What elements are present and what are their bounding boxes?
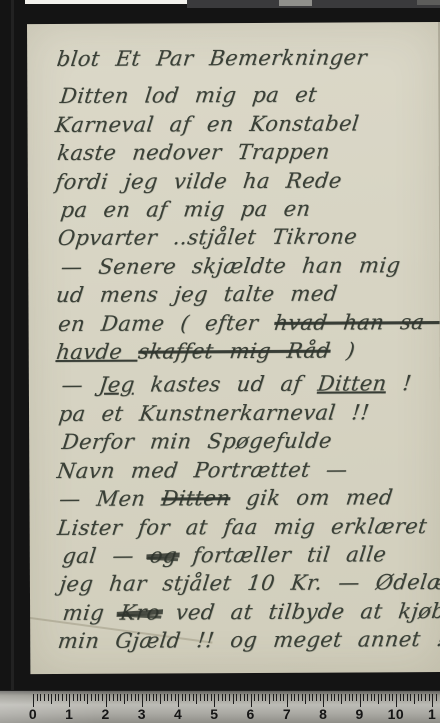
measuring-ruler: 0123456789101 [0,690,440,723]
ruler-tick [400,694,401,701]
ruler-tick [262,694,263,701]
ruler-number: 1 [65,706,73,722]
ruler-tick [363,694,364,701]
manuscript-line: Navn med Portrættet — [55,455,435,485]
handwriting-text: blot Et Par BemerkningerDitten lod mig p… [27,22,440,656]
ruler-number: 4 [174,706,182,722]
ruler-number: 0 [29,706,37,722]
handwriting-segment: Kro [119,598,162,627]
ruler-tick [436,694,437,701]
manuscript-line: pa en af mig pa en [59,194,434,224]
background-object-edge-right [417,0,440,5]
ruler-tick [371,694,372,701]
manuscript-line: fordi jeg vilde ha Rede [54,166,434,196]
ruler-tick [269,694,270,704]
ruler-number: 8 [319,706,327,722]
photograph: blot Et Par BemerkningerDitten lod mig p… [0,0,440,723]
ruler-tick [283,694,284,701]
ruler-tick [175,694,176,701]
ruler-tick [120,694,121,701]
handwriting-segment: hvad han sa at [273,310,440,335]
ruler-tick [305,694,306,704]
ruler-tick [84,694,85,701]
ruler-number: 6 [247,706,255,722]
manuscript-line: gal — og fortæller til alle [61,540,436,570]
ruler-tick [280,694,281,701]
handwriting-segment: Ditten [316,372,388,396]
ruler-tick [298,694,299,701]
handwriting-segment: og [148,541,178,570]
ruler-tick [185,694,186,701]
handwriting-segment: Karneval af en Konstabel [54,111,361,137]
handwriting-segment: gik om med [229,485,394,510]
ruler-tick [338,694,339,701]
handwriting-segment: — [60,373,100,397]
manuscript-line: ud mens jeg talte med [55,279,435,309]
ruler-tick [131,694,132,701]
ruler-tick [204,694,205,701]
ruler-tick [331,694,332,701]
manuscript-line: — Senere skjældte han mig [59,251,434,281]
manuscript-line: Karneval af en Konstabel [54,109,434,139]
ruler-tick [113,694,114,701]
ruler-tick [265,694,266,701]
ruler-tick [425,694,426,701]
handwriting-segment: pa en af mig pa en [59,197,312,222]
handwriting-segment: pa et Kunstnerkarneval !! [57,400,370,426]
ruler-tick [381,694,382,701]
handwriting-segment: Opvarter ‥stjålet Tikrone [56,225,358,251]
manuscript-line: mig Kro ved at tilbyde at kjøbe [61,597,436,627]
ruler-tick [320,694,321,701]
background-object-edge [187,0,440,8]
handwriting-segment: blot Et Par Bemerkninger [56,45,369,71]
ruler-tick [102,694,103,701]
manuscript-line: — Men Ditten gik om med [58,483,436,513]
ruler-tick [291,694,292,701]
ruler-tick [80,694,81,701]
ruler-tick [349,694,350,701]
ruler-tick [48,694,49,701]
ruler-tick [312,694,313,701]
ruler-tick [389,694,390,701]
manuscript-page: blot Et Par BemerkningerDitten lod mig p… [27,22,440,674]
handwriting-segment: gal — [61,543,151,567]
ruler-tick [171,694,172,701]
handwriting-segment: Jeg [98,373,136,397]
ruler-tick [55,694,56,701]
manuscript-line: — Jeg kastes ud af Ditten ! [60,369,435,399]
ruler-tick [294,694,295,701]
handwriting-segment: ) [329,339,356,363]
ruler-tick [66,694,67,701]
ruler-number: 9 [355,706,363,722]
ruler-tick [127,694,128,701]
ruler-tick [146,694,147,701]
ruler-tick [40,694,41,701]
background-object-highlight [279,0,312,6]
ruler-tick [276,694,277,701]
handwriting-segment: ud mens jeg talte med [55,282,339,307]
handwriting-segment: havde [55,340,140,364]
ruler-tick [229,694,230,701]
handwriting-segment: Navn med Portrættet — [56,457,349,483]
ruler-tick [345,694,346,701]
ruler-tick [135,694,136,701]
ruler-tick [77,694,78,701]
ruler-number: 5 [210,706,218,722]
handwriting-segment: kaste nedover Trappen [56,140,331,165]
handwriting-segment: ved at tilbyde at kjøbe [158,599,440,625]
ruler-tick [236,694,237,701]
handwriting-segment: min Gjæld !! og meget annet ! [57,627,440,653]
ruler-tick [316,694,317,701]
ruler-tick [233,694,234,704]
ruler-tick [73,694,74,701]
ruler-tick [196,694,197,704]
ruler-tick [414,694,415,704]
manuscript-line: Ditten lod mig pa et [58,80,433,110]
ruler-tick [410,694,411,701]
manuscript-line: kaste nedover Trappen [56,137,434,167]
handwriting-segment: mig [61,600,121,624]
ruler-tick [193,694,194,701]
ruler-number: 1 [428,706,436,722]
ruler-tick [95,694,96,701]
ruler-number: 10 [388,706,405,722]
ruler-tick [117,694,118,701]
ruler-tick [421,694,422,701]
handwriting-segment: ! [385,372,413,396]
ruler-tick [207,694,208,701]
ruler-tick [352,694,353,701]
ruler-tick [160,694,161,704]
ruler-tick [240,694,241,701]
ruler-tick [258,694,259,701]
ruler-tick [309,694,310,701]
ruler-tick [392,694,393,701]
ruler-tick [87,694,88,704]
ruler-tick [200,694,201,701]
manuscript-line: havde skaffet mig Råd ) [55,336,435,366]
manuscript-line: Lister for at faa mig erklæret [56,512,436,542]
handwriting-segment: Lister for at faa mig erklæret [56,514,428,540]
ruler-tick [247,694,248,701]
handwriting-segment: skaffet mig Råd [137,339,332,364]
ruler-tick [164,694,165,701]
handwriting-segment: Ditten lod mig pa et [59,83,319,108]
ruler-tick [182,694,183,701]
ruler-tick [44,694,45,701]
ruler-tick [222,694,223,701]
ruler-tick [37,694,38,701]
ruler-tick [356,694,357,701]
handwriting-segment: jeg har stjålet 10 Kr. — Ødelægger [58,570,440,596]
ruler-tick [91,694,92,701]
ruler-tick [138,694,139,701]
ruler-tick [254,694,255,701]
ruler-tick [327,694,328,701]
ruler-tick [51,694,52,704]
ruler-tick [167,694,168,701]
ruler-tick [334,694,335,701]
ruler-tick [403,694,404,701]
handwriting-segment: — Senere skjældte han mig [60,253,402,279]
ruler-tick [62,694,63,701]
ruler-tick [367,694,368,701]
ruler-tick [109,694,110,701]
ruler-tick [124,694,125,704]
ruler-tick [225,694,226,701]
handwriting-segment: — Men [58,487,163,512]
ruler-tick [153,694,154,701]
handwriting-segment: kastes ud af [133,372,319,397]
ruler-tick [244,694,245,701]
ruler-tick [378,694,379,704]
handwriting-segment: en Dame ( efter [57,311,276,336]
handwriting-segment: fordi jeg vilde ha Rede [54,168,343,194]
ruler-tick [302,694,303,701]
ruler-tick [211,694,212,701]
manuscript-line: min Gjæld !! og meget annet ! [56,625,436,655]
ruler-tick [407,694,408,701]
ruler-number: 7 [283,706,291,722]
handwriting-segment: Derfor min Spøgefulde [61,429,334,454]
manuscript-line: blot Et Par Bemerkninger [55,43,433,73]
ruler-tick [418,694,419,701]
ruler-number: 2 [101,706,109,722]
ruler-tick [273,694,274,701]
ruler-tick [374,694,375,701]
ruler-tick [189,694,190,701]
ruler-tick [385,694,386,701]
ruler-tick [58,694,59,701]
manuscript-line: jeg har stjålet 10 Kr. — Ødelægger [58,568,436,598]
ruler-tick [149,694,150,701]
ruler-tick [341,694,342,704]
ruler-number: 3 [138,706,146,722]
manuscript-line: Derfor min Spøgefulde [60,426,435,456]
background-paper-edge [25,0,187,4]
handwriting-segment: Ditten [160,486,232,510]
ruler-tick [218,694,219,701]
ruler-tick [429,694,430,701]
manuscript-line: en Dame ( efter hvad han sa at jeg [57,308,435,338]
handwriting-segment: fortæller til alle [175,542,387,567]
ruler-tick [156,694,157,701]
manuscript-line: pa et Kunstnerkarneval !! [57,398,435,428]
ruler-tick [98,694,99,701]
manuscript-line: Opvarter ‥stjålet Tikrone [56,222,434,252]
